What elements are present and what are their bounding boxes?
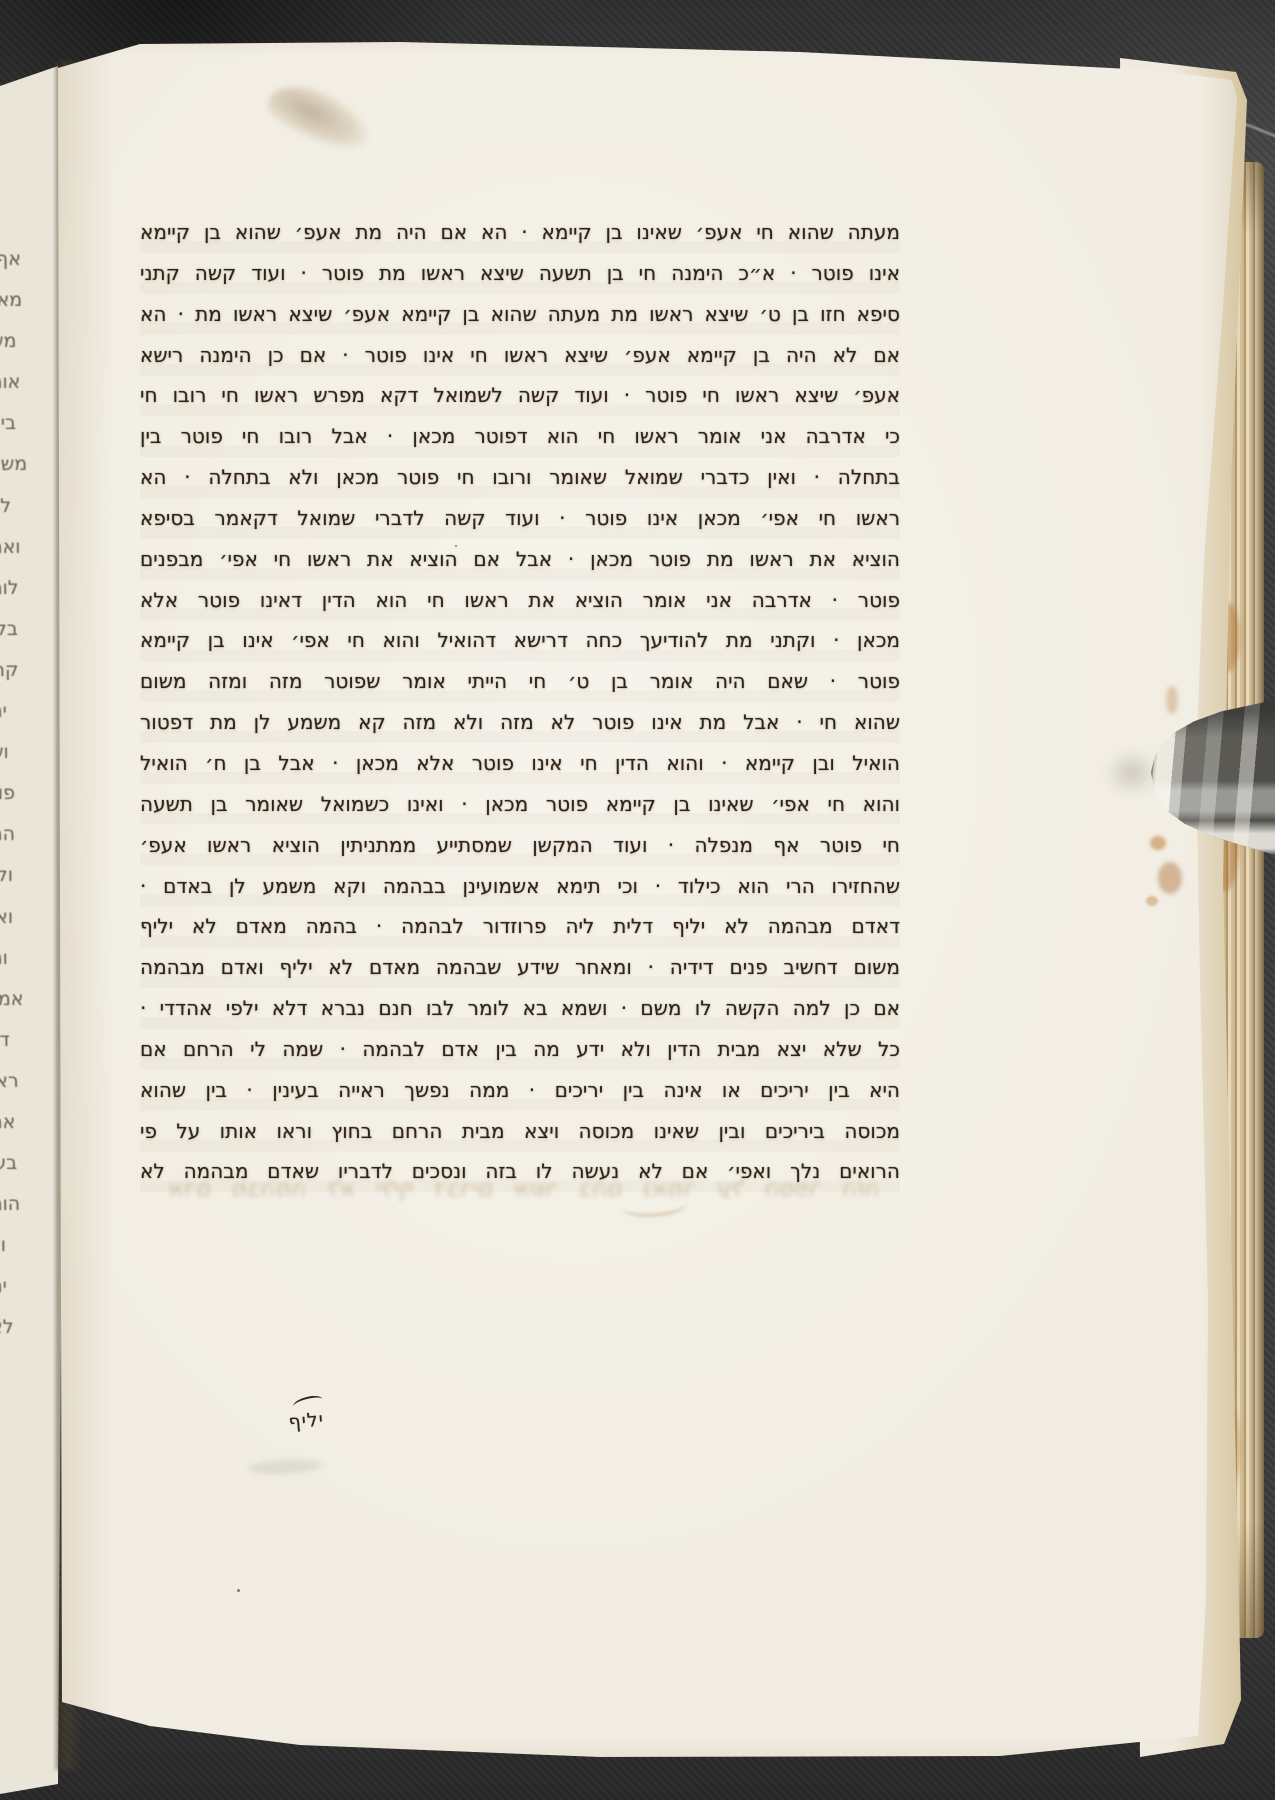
facing-page-text-fragment: אות — [0, 362, 34, 403]
manuscript-text-line: פוטר · שאם היה אומר בן ט׳ חי הייתי אומר … — [140, 661, 900, 702]
facing-page-text-fragment: בל· — [0, 609, 34, 650]
ink-offset-ghost-line: אדם מבהמה לא יליף דברים אשר בהם נאמר על … — [168, 1172, 880, 1206]
foxing-spot — [1150, 836, 1166, 850]
facing-page-text-fragment: אמ׳ — [0, 978, 34, 1019]
foxing-spot — [1166, 686, 1178, 714]
text-block: מעתה שהוא חי אעפ׳ שאינו בן קיימא · הא אם… — [140, 212, 900, 1192]
manuscript-text-line: היא בין יריכים או אינה בין יריכים · ממה … — [140, 1070, 900, 1111]
facing-page-text-fragment: הם — [0, 814, 34, 855]
manuscript-text-line: שהחזירו הרי הוא כילוד · וכי תימא אשמועינ… — [140, 866, 900, 907]
facing-page-text-fragment: ול — [0, 1225, 34, 1266]
facing-page-text-fragment: ים — [0, 1266, 34, 1307]
faint-pen-mark — [621, 1194, 686, 1218]
manuscript-text-line: דאדם מבהמה לא יליף דלית ליה פרוזדור לבהמ… — [140, 906, 900, 947]
manuscript-text-line: אם לא היה בן קיימא אעפ׳ שיצא ראשו חי אינ… — [140, 335, 900, 376]
manuscript-text-line: אעפ׳ שיצא ראשו חי פוטר · ועוד קשה לשמואל… — [140, 375, 900, 416]
facing-page-text-fragment: לא — [0, 1307, 34, 1348]
ink-speck — [237, 1589, 240, 1592]
facing-page-text-fragment: אף· — [0, 239, 34, 280]
manuscript-text-line: ראשו חי אפי׳ מכאן אינו פוטר · ועוד קשה ל… — [140, 498, 900, 539]
manuscript-text-line: הואיל ובן קיימא · והוא הדין חי אינו פוטר… — [140, 743, 900, 784]
manuscript-text-line: מכאן · וקתני מת להודיעך כחה דרישא דהואיל… — [140, 620, 900, 661]
faint-smudge — [248, 1458, 323, 1476]
manuscript-text-line: סיפא חזו בן ט׳ שיצא ראשו מת מעתה שהוא בן… — [140, 294, 900, 335]
foxing-spot — [1158, 862, 1182, 894]
ink-stain — [255, 70, 409, 191]
manuscript-text-line: אינו פוטר · א״כ הימנה חי בן תשעה שיצא רא… — [140, 253, 900, 294]
manuscript-text-line: מעתה שהוא חי אעפ׳ שאינו בן קיימא · הא אם… — [140, 212, 900, 253]
facing-page-text-fragment: אם — [0, 1102, 34, 1143]
catchword-text: יליף — [288, 1408, 325, 1433]
facing-page-text-fragment: ראו — [0, 1061, 34, 1102]
facing-page-text-fragment: קרי — [0, 650, 34, 691]
facing-page-text-fragment: פו׳ — [0, 773, 34, 814]
catchword: יליף — [287, 1397, 325, 1434]
facing-page-text-fragment: ום — [0, 937, 34, 978]
manuscript-page: מעתה שהוא חי אעפ׳ שאינו בן קיימא · הא אם… — [0, 0, 1275, 1800]
facing-page-text-fragment: ואו — [0, 896, 34, 937]
facing-page-text-fragment: ביר — [0, 403, 34, 444]
facing-page-text-fragment: משל — [0, 444, 34, 485]
facing-page-text-fragment: לך — [0, 485, 34, 526]
manuscript-text-line: משום דחשיב פנים דידיה · ומאחר שידע שבהמה… — [140, 947, 900, 988]
manuscript-text-line: הוציא את ראשו מת פוטר מכאן · אבל אם הוצי… — [140, 539, 900, 580]
ink-speck — [455, 545, 457, 547]
facing-page-text-fragment: בעי — [0, 1143, 34, 1184]
facing-page-text-fragment: הום — [0, 1184, 34, 1225]
manuscript-text-line: כי אדרבה אני אומר ראשו חי הוא דפוטר מכאן… — [140, 416, 900, 457]
facing-page-text-fragment: וש — [0, 732, 34, 773]
manuscript-text-line: כל שלא יצא מבית הדין ולא ידע מה בין אדם … — [140, 1029, 900, 1070]
manuscript-text-line: והוא חי אפי׳ שאינו בן קיימא פוטר מכאן · … — [140, 784, 900, 825]
facing-page-text-fragment: מש — [0, 321, 34, 362]
foxing-spot — [1146, 896, 1158, 906]
manuscript-text-line: מכוסה ביריכים ובין שאינו מכוסה ויצא מבית… — [140, 1111, 900, 1152]
manuscript-text-line: אם כן למה הקשה לו משם · ושמא בא לומר לבו… — [140, 988, 900, 1029]
facing-page-text-fragment: מאז — [0, 280, 34, 321]
facing-page-text-fragment: דין — [0, 1020, 34, 1061]
facing-page-text-column: אף· מאז מש אות ביר משל לך ואם לום בל· קר… — [0, 239, 34, 1349]
manuscript-photo: אף· מאז מש אות ביר משל לך ואם לום בל· קר… — [0, 0, 1275, 1800]
manuscript-text-line: פוטר · אדרבה אני אומר הוציא את ראשו חי ה… — [140, 580, 900, 621]
facing-page-text-fragment: וקי — [0, 855, 34, 896]
facing-page-text-fragment: לום — [0, 568, 34, 609]
facing-page-text-fragment: ואם — [0, 526, 34, 567]
facing-page-text-fragment: ים — [0, 691, 34, 732]
manuscript-text-line: בתחלה · ואין כדברי שמואל שאומר ורובו חי … — [140, 457, 900, 498]
manuscript-text-line: שהוא חי · אבל מת אינו פוטר לא מזה ולא מז… — [140, 702, 900, 743]
manuscript-text-line: חי פוטר אף מנפלה · ועוד המקשן שמסתייע ממ… — [140, 825, 900, 866]
